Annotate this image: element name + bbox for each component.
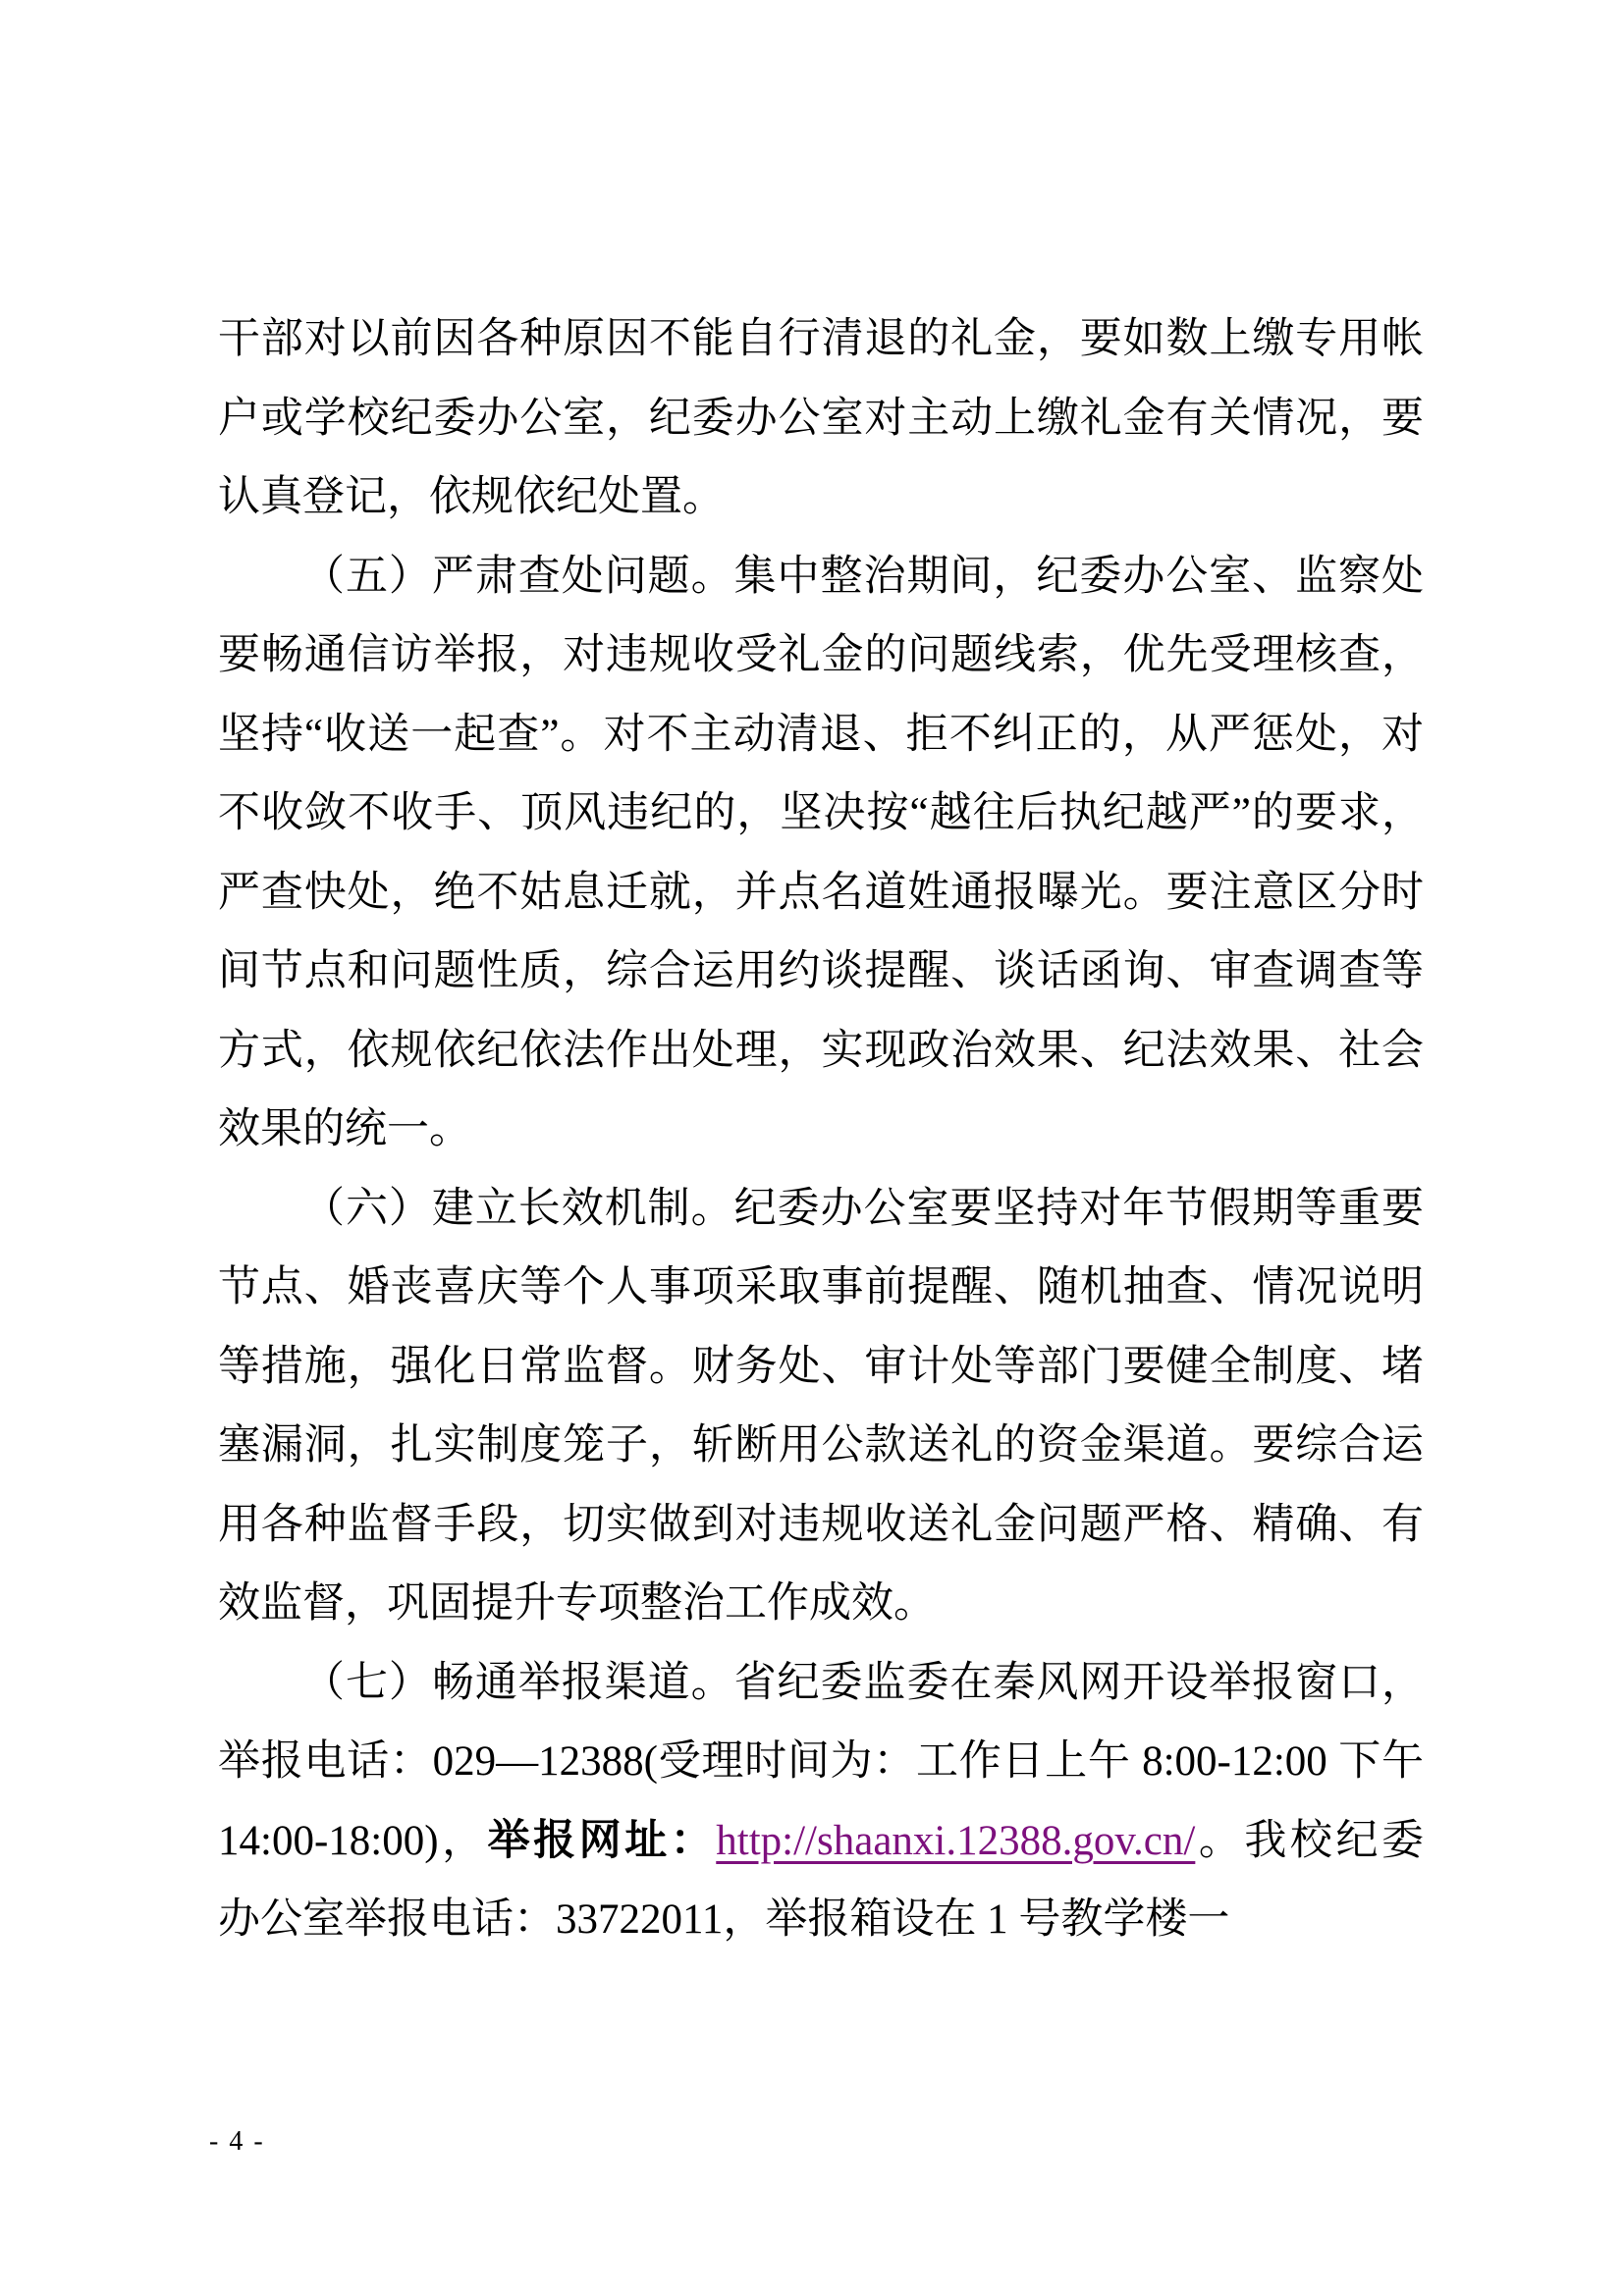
document-page: 干部对以前因各种原因不能自行清退的礼金，要如数上缴专用帐户或学校纪委办公室，纪委… <box>0 0 1624 2296</box>
paragraph-item-5: （五）严肃查处问题。集中整治期间，纪委办公室、监察处要畅通信访举报，对违规收受礼… <box>218 538 1424 1170</box>
document-body: 干部对以前因各种原因不能自行清退的礼金，要如数上缴专用帐户或学校纪委办公室，纪委… <box>218 300 1424 1960</box>
paragraph-item-6: （六）建立长效机制。纪委办公室要坚持对年节假期等重要节点、婚丧喜庆等个人事项采取… <box>218 1170 1424 1644</box>
paragraph-item-7: （七）畅通举报渠道。省纪委监委在秦风网开设举报窗口，举报电话：029—12388… <box>218 1644 1424 1960</box>
page-number: - 4 - <box>209 2126 265 2158</box>
text-segment: （六）建立长效机制。纪委办公室要坚持对年节假期等重要节点、婚丧喜庆等个人事项采取… <box>218 1186 1424 1628</box>
report-website-link[interactable]: http://shaanxi.12388.gov.cn/ <box>716 1818 1195 1864</box>
report-url-label: 举报网址： <box>488 1818 717 1864</box>
text-segment: 干部对以前因各种原因不能自行清退的礼金，要如数上缴专用帐户或学校纪委办公室，纪委… <box>218 316 1424 520</box>
paragraph-continuation: 干部对以前因各种原因不能自行清退的礼金，要如数上缴专用帐户或学校纪委办公室，纪委… <box>218 300 1424 538</box>
text-segment: （五）严肃查处问题。集中整治期间，纪委办公室、监察处要畅通信访举报，对违规收受礼… <box>218 554 1424 1153</box>
